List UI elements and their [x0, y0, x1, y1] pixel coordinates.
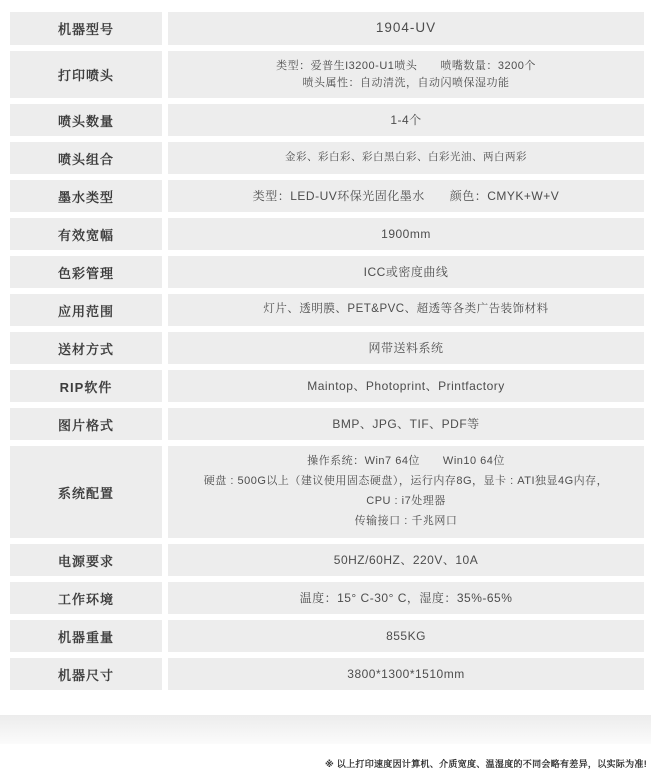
table-row: 机器型号 1904-UV — [10, 12, 644, 45]
spec-value: ICC或密度曲线 — [168, 256, 644, 288]
value-line: 类型：LED-UV环保光固化墨水 颜色：CMYK+W+V — [253, 187, 560, 205]
spec-table: 机器型号 1904-UV 打印喷头 类型：爱普生I3200-U1喷头 喷嘴数量：… — [0, 0, 651, 690]
value-line: 硬盘 : 500G以上（建议使用固态硬盘），运行内存8G，显卡 : ATI独显4… — [204, 472, 608, 492]
spec-label: 色彩管理 — [10, 256, 162, 288]
spec-label: 电源要求 — [10, 544, 162, 576]
table-row: 送材方式 网带送料系统 — [10, 332, 644, 364]
table-row: 机器尺寸 3800*1300*1510mm — [10, 658, 644, 690]
spec-value: 1904-UV — [168, 12, 644, 45]
value-line: 金彩、彩白彩、彩白黑白彩、白彩光油、两白两彩 — [285, 150, 527, 166]
spec-label: 喷头数量 — [10, 104, 162, 136]
spec-value: 类型：爱普生I3200-U1喷头 喷嘴数量：3200个喷头属性：自动清洗，自动闪… — [168, 51, 644, 98]
spec-label: 墨水类型 — [10, 180, 162, 212]
table-row: 喷头数量 1-4个 — [10, 104, 644, 136]
spec-label: 有效宽幅 — [10, 218, 162, 250]
spec-label: 送材方式 — [10, 332, 162, 364]
spec-value: 3800*1300*1510mm — [168, 658, 644, 690]
spec-value: 1-4个 — [168, 104, 644, 136]
spec-value: 操作系统：Win7 64位 Win10 64位硬盘 : 500G以上（建议使用固… — [168, 446, 644, 538]
table-row: 打印喷头 类型：爱普生I3200-U1喷头 喷嘴数量：3200个喷头属性：自动清… — [10, 51, 644, 98]
value-line: 传输接口 : 千兆网口 — [355, 512, 458, 532]
spec-label: 机器型号 — [10, 12, 162, 45]
value-line: 灯片、透明膜、PET&PVC、超透等各类广告装饰材料 — [263, 301, 548, 318]
table-row: 图片格式 BMP、JPG、TIF、PDF等 — [10, 408, 644, 440]
spec-label: 图片格式 — [10, 408, 162, 440]
table-row: 墨水类型 类型：LED-UV环保光固化墨水 颜色：CMYK+W+V — [10, 180, 644, 212]
value-line: 3800*1300*1510mm — [347, 665, 464, 683]
spec-value: Maintop、Photoprint、Printfactory — [168, 370, 644, 402]
table-row: 喷头组合 金彩、彩白彩、彩白黑白彩、白彩光油、两白两彩 — [10, 142, 644, 174]
table-row: 机器重量 855KG — [10, 620, 644, 652]
value-line: ICC或密度曲线 — [364, 263, 449, 281]
spec-label: 工作环境 — [10, 582, 162, 614]
value-line: 类型：爱普生I3200-U1喷头 喷嘴数量：3200个 — [276, 58, 536, 75]
disclaimer-note: ※ 以上打印速度因计算机、介质宽度、温湿度的不同会略有差异，以实际为准! — [325, 757, 647, 770]
spec-label: 机器尺寸 — [10, 658, 162, 690]
value-line: Maintop、Photoprint、Printfactory — [307, 377, 505, 395]
spec-value: 1900mm — [168, 218, 644, 250]
value-line: 喷头属性：自动清洗，自动闪喷保湿功能 — [303, 75, 510, 92]
value-line: BMP、JPG、TIF、PDF等 — [332, 415, 479, 433]
value-line: CPU : i7处理器 — [366, 492, 445, 512]
table-row: 电源要求 50HZ/60HZ、220V、10A — [10, 544, 644, 576]
spec-value: 类型：LED-UV环保光固化墨水 颜色：CMYK+W+V — [168, 180, 644, 212]
spec-value: 金彩、彩白彩、彩白黑白彩、白彩光油、两白两彩 — [168, 142, 644, 174]
value-line: 50HZ/60HZ、220V、10A — [334, 551, 478, 569]
table-row: 系统配置 操作系统：Win7 64位 Win10 64位硬盘 : 500G以上（… — [10, 446, 644, 538]
spec-value: 50HZ/60HZ、220V、10A — [168, 544, 644, 576]
spec-value: 灯片、透明膜、PET&PVC、超透等各类广告装饰材料 — [168, 294, 644, 326]
spec-value: BMP、JPG、TIF、PDF等 — [168, 408, 644, 440]
spec-label: 应用范围 — [10, 294, 162, 326]
spec-label: 打印喷头 — [10, 51, 162, 98]
table-row: 工作环境 温度：15° C-30° C，湿度：35%-65% — [10, 582, 644, 614]
spec-value: 855KG — [168, 620, 644, 652]
spec-label: 喷头组合 — [10, 142, 162, 174]
spec-label: RIP软件 — [10, 370, 162, 402]
value-line: 855KG — [386, 627, 426, 645]
table-row: 应用范围 灯片、透明膜、PET&PVC、超透等各类广告装饰材料 — [10, 294, 644, 326]
spec-label: 机器重量 — [10, 620, 162, 652]
table-row: 色彩管理 ICC或密度曲线 — [10, 256, 644, 288]
value-line: 1904-UV — [376, 18, 436, 38]
spec-sheet-page: { "table": { "rows": [ { "label": "机器型号"… — [0, 0, 651, 777]
spec-value: 温度：15° C-30° C，湿度：35%-65% — [168, 582, 644, 614]
value-line: 网带送料系统 — [368, 339, 443, 357]
spec-label: 系统配置 — [10, 446, 162, 538]
table-row: 有效宽幅 1900mm — [10, 218, 644, 250]
table-row: RIP软件 Maintop、Photoprint、Printfactory — [10, 370, 644, 402]
value-line: 1-4个 — [390, 111, 421, 129]
value-line: 温度：15° C-30° C，湿度：35%-65% — [300, 589, 513, 607]
value-line: 1900mm — [381, 225, 431, 243]
value-line: 操作系统：Win7 64位 Win10 64位 — [307, 452, 505, 472]
footer-divider-band — [0, 715, 651, 744]
spec-value: 网带送料系统 — [168, 332, 644, 364]
